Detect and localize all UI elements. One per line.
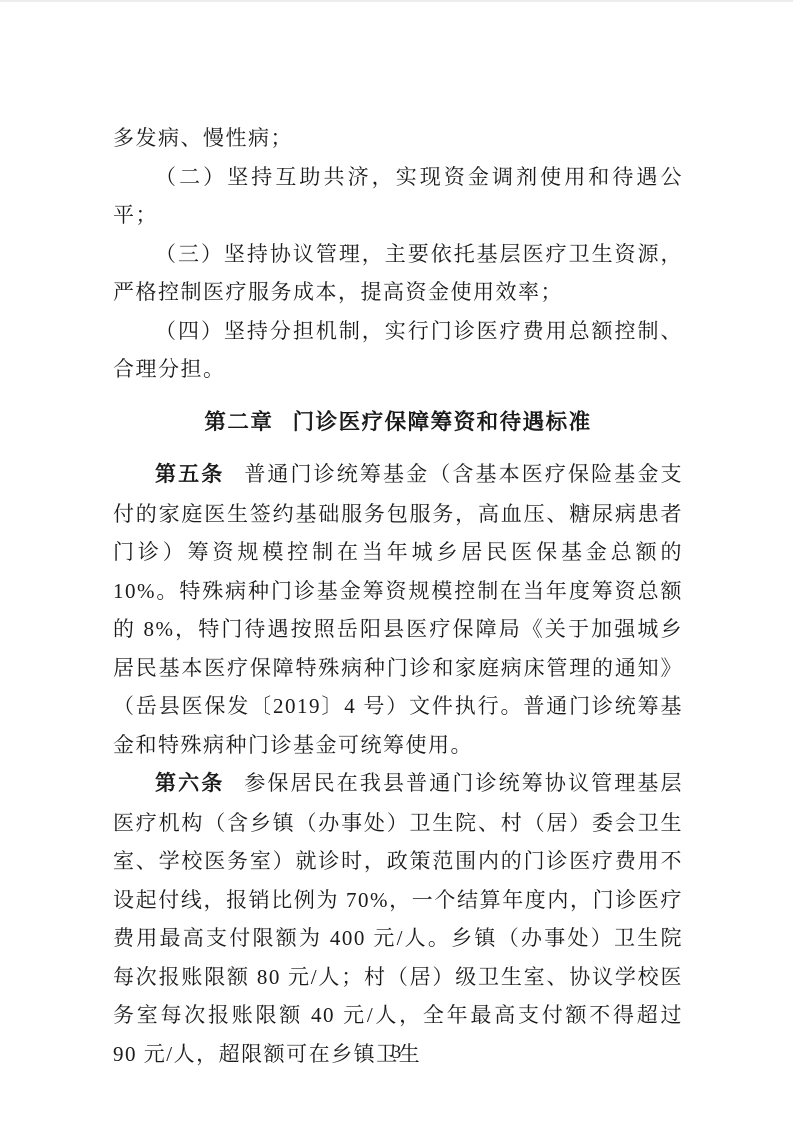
chapter-title: 门诊医疗保障筹资和待遇标准 [293,410,592,434]
document-page: 多发病、慢性病； （二）坚持互助共济，实现资金调剂使用和待遇公平； （三）坚持协… [0,0,793,1122]
chapter-heading: 第二章门诊医疗保障筹资和待遇标准 [113,403,683,442]
body-paragraph-item-2: （二）坚持互助共济，实现资金调剂使用和待遇公平； [113,158,683,235]
chapter-number: 第二章 [204,410,273,434]
article-6-paragraph: 第六条参保居民在我县普通门诊统筹协议管理基层医疗机构（含乡镇（办事处）卫生院、村… [113,764,683,1073]
document-body: 多发病、慢性病； （二）坚持互助共济，实现资金调剂使用和待遇公平； （三）坚持协… [113,119,683,1073]
article-5-paragraph: 第五条普通门诊统筹基金（含基本医疗保险基金支付的家庭医生签约基础服务包服务，高血… [113,455,683,764]
body-paragraph-continuation: 多发病、慢性病； [113,119,683,158]
article-6-label: 第六条 [155,772,224,795]
article-6-text: 参保居民在我县普通门诊统筹协议管理基层医疗机构（含乡镇（办事处）卫生院、村（居）… [113,771,683,1066]
body-paragraph-item-4: （四）坚持分担机制，实行门诊医疗费用总额控制、合理分担。 [113,312,683,389]
body-paragraph-item-3: （三）坚持协议管理，主要依托基层医疗卫生资源，严格控制医疗服务成本，提高资金使用… [113,235,683,312]
article-5-text: 普通门诊统筹基金（含基本医疗保险基金支付的家庭医生签约基础服务包服务，高血压、糖… [113,462,683,757]
article-5-label: 第五条 [155,463,224,486]
page-number: 3 [0,1043,793,1063]
